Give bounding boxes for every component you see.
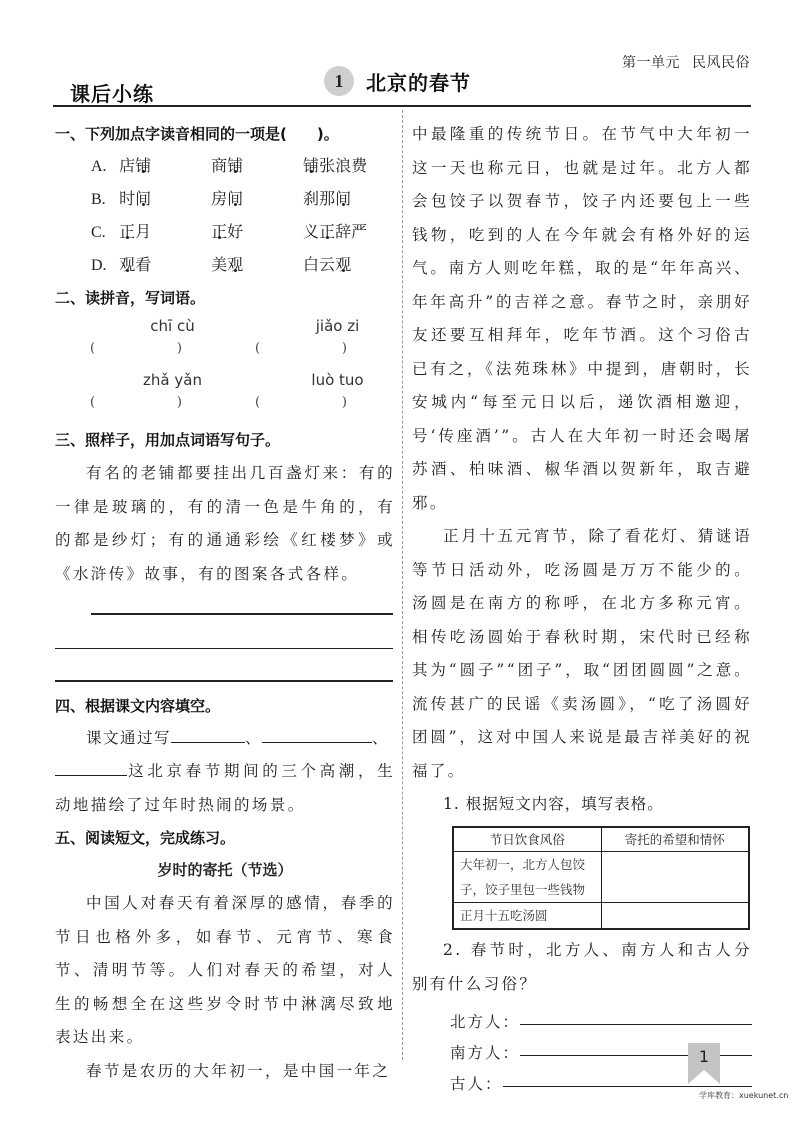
section-2-title: 二、读拼音，写词语。 [55, 282, 395, 314]
pinyin-grid: chī cù () jiǎo zi () zhǎ yǎn () luò tuo … [55, 314, 395, 422]
word-part: 美 [211, 257, 227, 274]
page-number: 1 [688, 1047, 720, 1066]
answer-line[interactable] [503, 1086, 752, 1088]
choice-option[interactable]: B.时间房间刹那间 [55, 183, 395, 216]
word-part: 月 [135, 224, 151, 241]
word-part: 义 [303, 224, 319, 241]
open-paren: ( [90, 338, 95, 360]
pinyin-text: luò tuo [255, 368, 420, 392]
fill-label: 南方人： [450, 1041, 520, 1063]
word-part: 刹那 [303, 191, 335, 208]
fill-label: 古人： [450, 1072, 503, 1094]
table-answer-cell[interactable] [601, 852, 749, 903]
answer-line[interactable] [520, 1024, 752, 1026]
choice-word: 房间 [211, 183, 303, 216]
fill-row-north: 北方人： [412, 1001, 752, 1032]
pinyin-text: chī cù [90, 314, 255, 338]
column-divider [402, 110, 403, 1060]
choice-list: A.店铺商铺铺张浪费B.时间房间刹那间C.正月正好义正辞严D.观看美观白云观 [55, 150, 395, 282]
choice-word: 铺张浪费 [303, 150, 395, 183]
table-cell: 正月十五吃汤圆 [453, 903, 601, 930]
choice-option[interactable]: A.店铺商铺铺张浪费 [55, 150, 395, 183]
answer-line[interactable] [55, 680, 393, 682]
word-part: 好 [227, 224, 243, 241]
lesson-title: 北京的春节 [366, 67, 471, 96]
emphasis-dot-char: 间 [135, 191, 151, 208]
question-2: 2. 春节时，北方人、南方人和古人分别有什么习俗？ [412, 934, 752, 1001]
lesson-number-badge: 1 [324, 66, 354, 96]
passage-paragraph: 春节是农历的大年初一，是中国一年之 [55, 1055, 395, 1089]
word-part: 辞严 [335, 224, 367, 241]
unit-label: 第一单元民风民俗 [622, 52, 750, 72]
blank[interactable] [262, 723, 372, 743]
table-answer-cell[interactable] [601, 903, 749, 930]
word-part: 白云 [303, 257, 335, 274]
emphasis-dot-char: 间 [335, 191, 351, 208]
choice-letter: A. [91, 150, 119, 183]
close-paren: ) [342, 338, 347, 360]
answer-parens[interactable]: () [90, 392, 182, 414]
choice-word: 刹那间 [303, 183, 395, 216]
word-part: 商 [211, 158, 227, 175]
section-1-title: 一、下列加点字读音相同的一项是( )。 [55, 118, 395, 150]
word-part: 房 [211, 191, 227, 208]
blank[interactable] [171, 723, 245, 743]
word-part: 店 [119, 158, 135, 175]
emphasis-dot-char: 观 [335, 257, 351, 274]
emphasis-dot-char: 铺 [303, 158, 319, 175]
emphasis-dot-char: 观 [227, 257, 243, 274]
section-4-title: 四、根据课文内容填空。 [55, 690, 395, 722]
pinyin-item: jiǎo zi () [255, 314, 420, 368]
emphasis-dot-char: 间 [227, 191, 243, 208]
fill-label: 北方人： [450, 1010, 520, 1032]
emphasis-dot-char: 观 [119, 257, 135, 274]
choice-option[interactable]: C.正月正好义正辞严 [55, 216, 395, 249]
pinyin-item: zhǎ yǎn () [90, 368, 255, 422]
unit-name: 第一单元 [622, 55, 680, 71]
open-paren: ( [255, 392, 260, 414]
choice-word: 商铺 [211, 150, 303, 183]
header-rule [53, 105, 751, 107]
watermark: 学库教育：xuekunet.cn [699, 1090, 788, 1101]
answer-parens[interactable]: () [255, 338, 347, 360]
emphasis-dot-char: 铺 [135, 158, 151, 175]
pinyin-text: zhǎ yǎn [90, 368, 255, 392]
emphasis-dot-char: 正 [211, 224, 227, 241]
table-row: 正月十五吃汤圆 [453, 903, 749, 930]
choice-word: 义正辞严 [303, 216, 395, 249]
choice-word: 观看 [119, 249, 211, 282]
open-paren: ( [255, 338, 260, 360]
question-1: 1. 根据短文内容，填写表格。 [412, 788, 752, 822]
fill-text: 课文通过写 [86, 729, 171, 747]
section-3-example: 有名的老铺都要挂出几百盏灯来：有的一律是玻璃的，有的清一色是牛角的，有的都是纱灯… [55, 457, 395, 591]
passage-title: 岁时的寄托（节选） [55, 854, 395, 887]
blank[interactable] [55, 756, 127, 776]
lesson-heading: 1 北京的春节 [324, 66, 471, 96]
choice-word: 美观 [211, 249, 303, 282]
emphasis-dot-char: 正 [319, 224, 335, 241]
word-part: 看 [135, 257, 151, 274]
section-5-title: 五、阅读短文，完成练习。 [55, 822, 395, 854]
choice-option[interactable]: D.观看美观白云观 [55, 249, 395, 282]
answer-table: 节日饮食风俗 寄托的希望和情怀 大年初一，北方人包饺子，饺子里包一些钱物 正月十… [452, 826, 750, 931]
passage-paragraph: 正月十五元宵节，除了看花灯、猜谜语等节日活动外，吃汤圆是万万不能少的。汤圆是在南… [412, 520, 752, 788]
pinyin-text: jiǎo zi [255, 314, 420, 338]
passage-paragraph: 中最隆重的传统节日。在节气中大年初一这一天也称元日，也就是过年。北方人都会包饺子… [412, 118, 752, 520]
choice-letter: D. [91, 249, 119, 282]
pinyin-item: luò tuo () [255, 368, 420, 422]
close-paren: ) [342, 392, 347, 414]
separator: 、 [245, 729, 262, 747]
emphasis-dot-char: 铺 [227, 158, 243, 175]
choice-word: 正月 [119, 216, 211, 249]
separator: 、 [372, 729, 389, 747]
close-paren: ) [177, 392, 182, 414]
page-number-tag: 1 [688, 1043, 720, 1084]
section-4-line-1: 课文通过写、、 [55, 722, 395, 756]
table-row: 大年初一，北方人包饺子，饺子里包一些钱物 [453, 852, 749, 903]
open-paren: ( [90, 392, 95, 414]
unit-theme: 民风民俗 [692, 55, 750, 71]
answer-parens[interactable]: () [255, 392, 347, 414]
choice-letter: B. [91, 183, 119, 216]
pinyin-item: chī cù () [90, 314, 255, 368]
table-header: 节日饮食风俗 [453, 827, 601, 852]
left-column: 一、下列加点字读音相同的一项是( )。 A.店铺商铺铺张浪费B.时间房间刹那间C… [55, 118, 395, 1088]
table-header: 寄托的希望和情怀 [601, 827, 749, 852]
word-part: 时 [119, 191, 135, 208]
close-paren: ) [177, 338, 182, 360]
choice-word: 店铺 [119, 150, 211, 183]
passage-paragraph: 中国人对春天有着深厚的感情，春季的节日也格外多，如春节、元宵节、寒食节、清明节等… [55, 887, 395, 1055]
section-3-title: 三、照样子，用加点词语写句子。 [55, 424, 395, 456]
practice-title: 课后小练 [70, 78, 154, 107]
choice-word: 时间 [119, 183, 211, 216]
choice-word: 白云观 [303, 249, 395, 282]
choice-word: 正好 [211, 216, 303, 249]
table-header-row: 节日饮食风俗 寄托的希望和情怀 [453, 827, 749, 852]
emphasis-dot-char: 正 [119, 224, 135, 241]
answer-parens[interactable]: () [90, 338, 182, 360]
section-4-line-2: 这北京春节期间的三个高潮，生动地描绘了过年时热闹的场景。 [55, 755, 395, 822]
right-column: 中最隆重的传统节日。在节气中大年初一这一天也称元日，也就是过年。北方人都会包饺子… [412, 118, 752, 1094]
word-part: 张浪费 [319, 158, 367, 175]
choice-letter: C. [91, 216, 119, 249]
table-cell: 大年初一，北方人包饺子，饺子里包一些钱物 [453, 852, 601, 903]
